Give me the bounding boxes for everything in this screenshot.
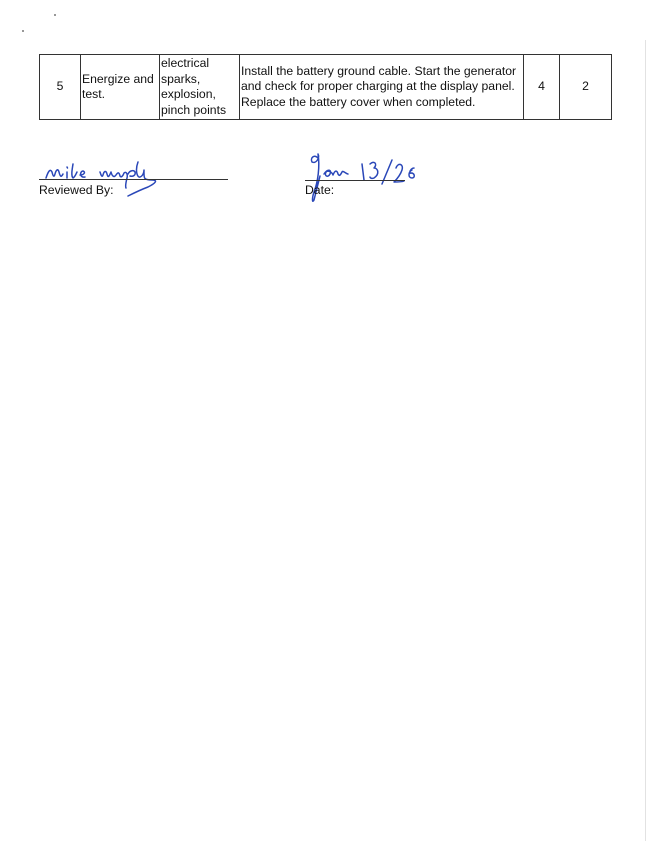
task-cell: Energize and test.	[81, 55, 160, 120]
rating-1-cell: 4	[524, 55, 560, 120]
table-row: 5 Energize and test. electrical sparks, …	[40, 55, 612, 120]
date-handwriting	[300, 148, 430, 206]
hazards-cell: electrical sparks, explosion, pinch poin…	[160, 55, 240, 120]
reviewed-by-label: Reviewed By:	[39, 183, 114, 197]
controls-cell: Install the battery ground cable. Start …	[240, 55, 524, 120]
page-edge	[645, 40, 646, 841]
date-label: Date:	[305, 183, 334, 197]
step-number-cell: 5	[40, 55, 81, 120]
date-line	[305, 180, 405, 181]
rating-2-cell: 2	[560, 55, 612, 120]
scan-specks	[22, 14, 62, 34]
reviewed-by-line	[39, 179, 228, 180]
job-hazard-table: 5 Energize and test. electrical sparks, …	[39, 54, 612, 120]
